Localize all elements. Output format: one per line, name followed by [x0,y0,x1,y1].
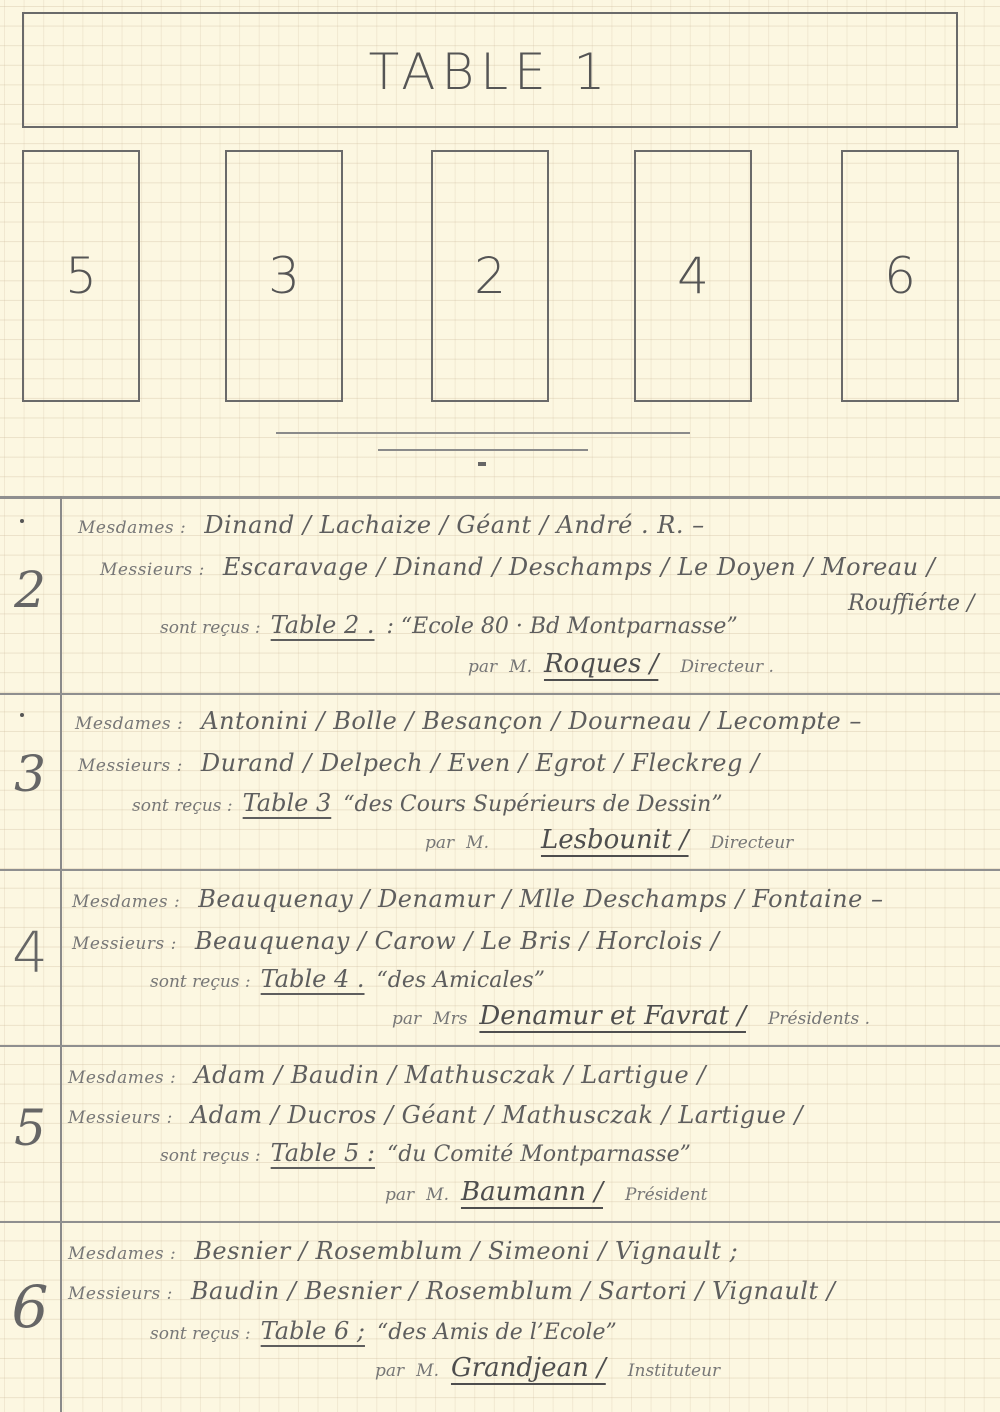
received-label: sont reçus : [150,972,251,992]
head-table-box: TABLE 1 [22,12,958,128]
par-label: par [425,833,454,853]
mesdames-label: Mesdames : [75,714,183,734]
host-title: M. [426,1185,449,1205]
mesdames-line: Mesdames :Adam / Baudin / Mathusczak / L… [68,1061,706,1089]
side-table-number: 5 [65,247,97,305]
messieurs-names: Beauquenay / Carow / Le Bris / Horclois … [195,927,720,955]
side-table-box: 3 [225,150,343,402]
table-label: Table 5 : [271,1139,375,1167]
table-number: 5 [0,1099,60,1157]
messieurs-line: Messieurs :Beauquenay / Carow / Le Bris … [72,927,719,955]
side-table-number: 4 [677,247,709,305]
side-table-box: 6 [841,150,959,402]
table-label: Table 4 . [261,965,365,993]
host-name: Grandjean / [451,1353,606,1383]
messieurs-names: Baudin / Besnier / Rosemblum / Sartori /… [191,1277,835,1305]
host-role: Président [625,1185,708,1205]
table-number: 4 [0,921,60,986]
mesdames-names: Beauquenay / Denamur / Mlle Deschamps / … [198,885,883,913]
received-label: sont reçus : [160,1146,261,1166]
side-table-number: 3 [268,247,300,305]
table-label: Table 3 [243,789,332,817]
mesdames-names: Antonini / Bolle / Besançon / Dourneau /… [201,707,862,735]
host-line: parM.Roques /Directeur . [468,649,774,679]
par-label: par [385,1185,414,1205]
host-title: M. [416,1361,439,1381]
club-name: “des Cours Supérieurs de Dessin” [343,792,722,817]
host-line: parMrsDenamur et Favrat /Présidents . [392,1001,870,1031]
messieurs-label: Messieurs : [72,934,177,954]
divider-rule [378,449,588,451]
messieurs-names: Adam / Ducros / Géant / Mathusczak / Lar… [191,1101,803,1129]
received-label: sont reçus : [132,796,233,816]
table-section: 4 Mesdames :Beauquenay / Denamur / Mlle … [0,871,1000,1047]
par-label: par [468,657,497,677]
mesdames-names: Besnier / Rosemblum / Simeoni / Vignault… [194,1237,738,1265]
margin-dot [20,713,24,717]
margin-dot [20,519,24,523]
host-role: Directeur [711,833,794,853]
table-section: 6 Mesdames :Besnier / Rosemblum / Simeon… [0,1223,1000,1412]
messieurs-names: Durand / Delpech / Even / Egrot / Fleckr… [201,749,760,777]
mesdames-label: Mesdames : [68,1068,176,1088]
table-section: 5 Mesdames :Adam / Baudin / Mathusczak /… [0,1047,1000,1223]
club-name: “des Amicales” [377,968,545,993]
par-label: par [375,1361,404,1381]
mesdames-names: Adam / Baudin / Mathusczak / Lartigue / [194,1061,706,1089]
received-line: sont reçus :Table 4 .“des Amicales” [150,965,545,993]
mesdames-label: Mesdames : [78,518,186,538]
head-table-label: TABLE 1 [369,43,612,101]
host-name: Lesbounit / [541,825,689,855]
host-title: Mrs [433,1009,467,1029]
mesdames-line: Mesdames :Antonini / Bolle / Besançon / … [75,707,862,735]
messieurs-line: Messieurs :Escaravage / Dinand / Descham… [100,553,935,581]
host-name: Roques / [544,649,658,679]
host-role: Instituteur [628,1361,720,1381]
side-table-box: 5 [22,150,140,402]
received-label: sont reçus : [150,1324,251,1344]
table-number: 3 [0,745,60,803]
received-line: sont reçus :Table 3“des Cours Supérieurs… [132,789,723,817]
table-number: 6 [0,1273,60,1341]
table-label: Table 2 . [271,611,375,639]
mesdames-line: Mesdames :Beauquenay / Denamur / Mlle De… [72,885,883,913]
messieurs-label: Messieurs : [68,1108,173,1128]
table-label: Table 6 ; [261,1317,365,1345]
side-table-box: 2 [431,150,549,402]
messieurs-line: Messieurs :Adam / Ducros / Géant / Mathu… [68,1101,803,1129]
messieurs-label: Messieurs : [78,756,183,776]
mesdames-label: Mesdames : [68,1244,176,1264]
mesdames-line: Mesdames :Besnier / Rosemblum / Simeoni … [68,1237,738,1265]
messieurs-label: Messieurs : [100,560,205,580]
messieurs-names: Escaravage / Dinand / Deschamps / Le Doy… [223,553,935,581]
host-line: parM.Grandjean /Instituteur [375,1353,720,1383]
table-number: 2 [0,561,60,619]
host-name: Denamur et Favrat / [479,1001,746,1031]
host-role: Directeur . [680,657,774,677]
table-section: 2 Mesdames :Dinand / Lachaize / Géant / … [0,499,1000,695]
host-role: Présidents . [768,1009,870,1029]
received-line: sont reçus :Table 2 .: “Ecole 80 · Bd Mo… [160,611,738,639]
divider-mark [478,462,486,466]
table-section: 3 Mesdames :Antonini / Bolle / Besançon … [0,695,1000,871]
received-label: sont reçus : [160,618,261,638]
messieurs-line: Messieurs :Baudin / Besnier / Rosemblum … [68,1277,835,1305]
divider-rule [276,432,690,434]
host-name: Baumann / [461,1177,603,1207]
messieurs-label: Messieurs : [68,1284,173,1304]
side-table-box: 4 [634,150,752,402]
club-name: “du Comité Montparnasse” [387,1142,691,1167]
host-title: M. [509,657,532,677]
side-table-number: 6 [884,247,916,305]
side-table-number: 2 [474,247,506,305]
received-line: sont reçus :Table 5 :“du Comité Montparn… [160,1139,691,1167]
host-line: parM.Baumann /Président [385,1177,708,1207]
received-line: sont reçus :Table 6 ;“des Amis de l’Ecol… [150,1317,617,1345]
club-name: : “Ecole 80 · Bd Montparnasse” [387,614,738,639]
host-line: parM.Lesbounit /Directeur [425,825,793,855]
extra-name: Rouffiérte / [848,591,974,616]
host-title: M. [466,833,489,853]
club-name: “des Amis de l’Ecole” [377,1320,617,1345]
mesdames-names: Dinand / Lachaize / Géant / André . R. – [204,511,704,539]
mesdames-line: Mesdames :Dinand / Lachaize / Géant / An… [78,511,705,539]
mesdames-label: Mesdames : [72,892,180,912]
messieurs-line: Messieurs :Durand / Delpech / Even / Egr… [78,749,760,777]
par-label: par [392,1009,421,1029]
